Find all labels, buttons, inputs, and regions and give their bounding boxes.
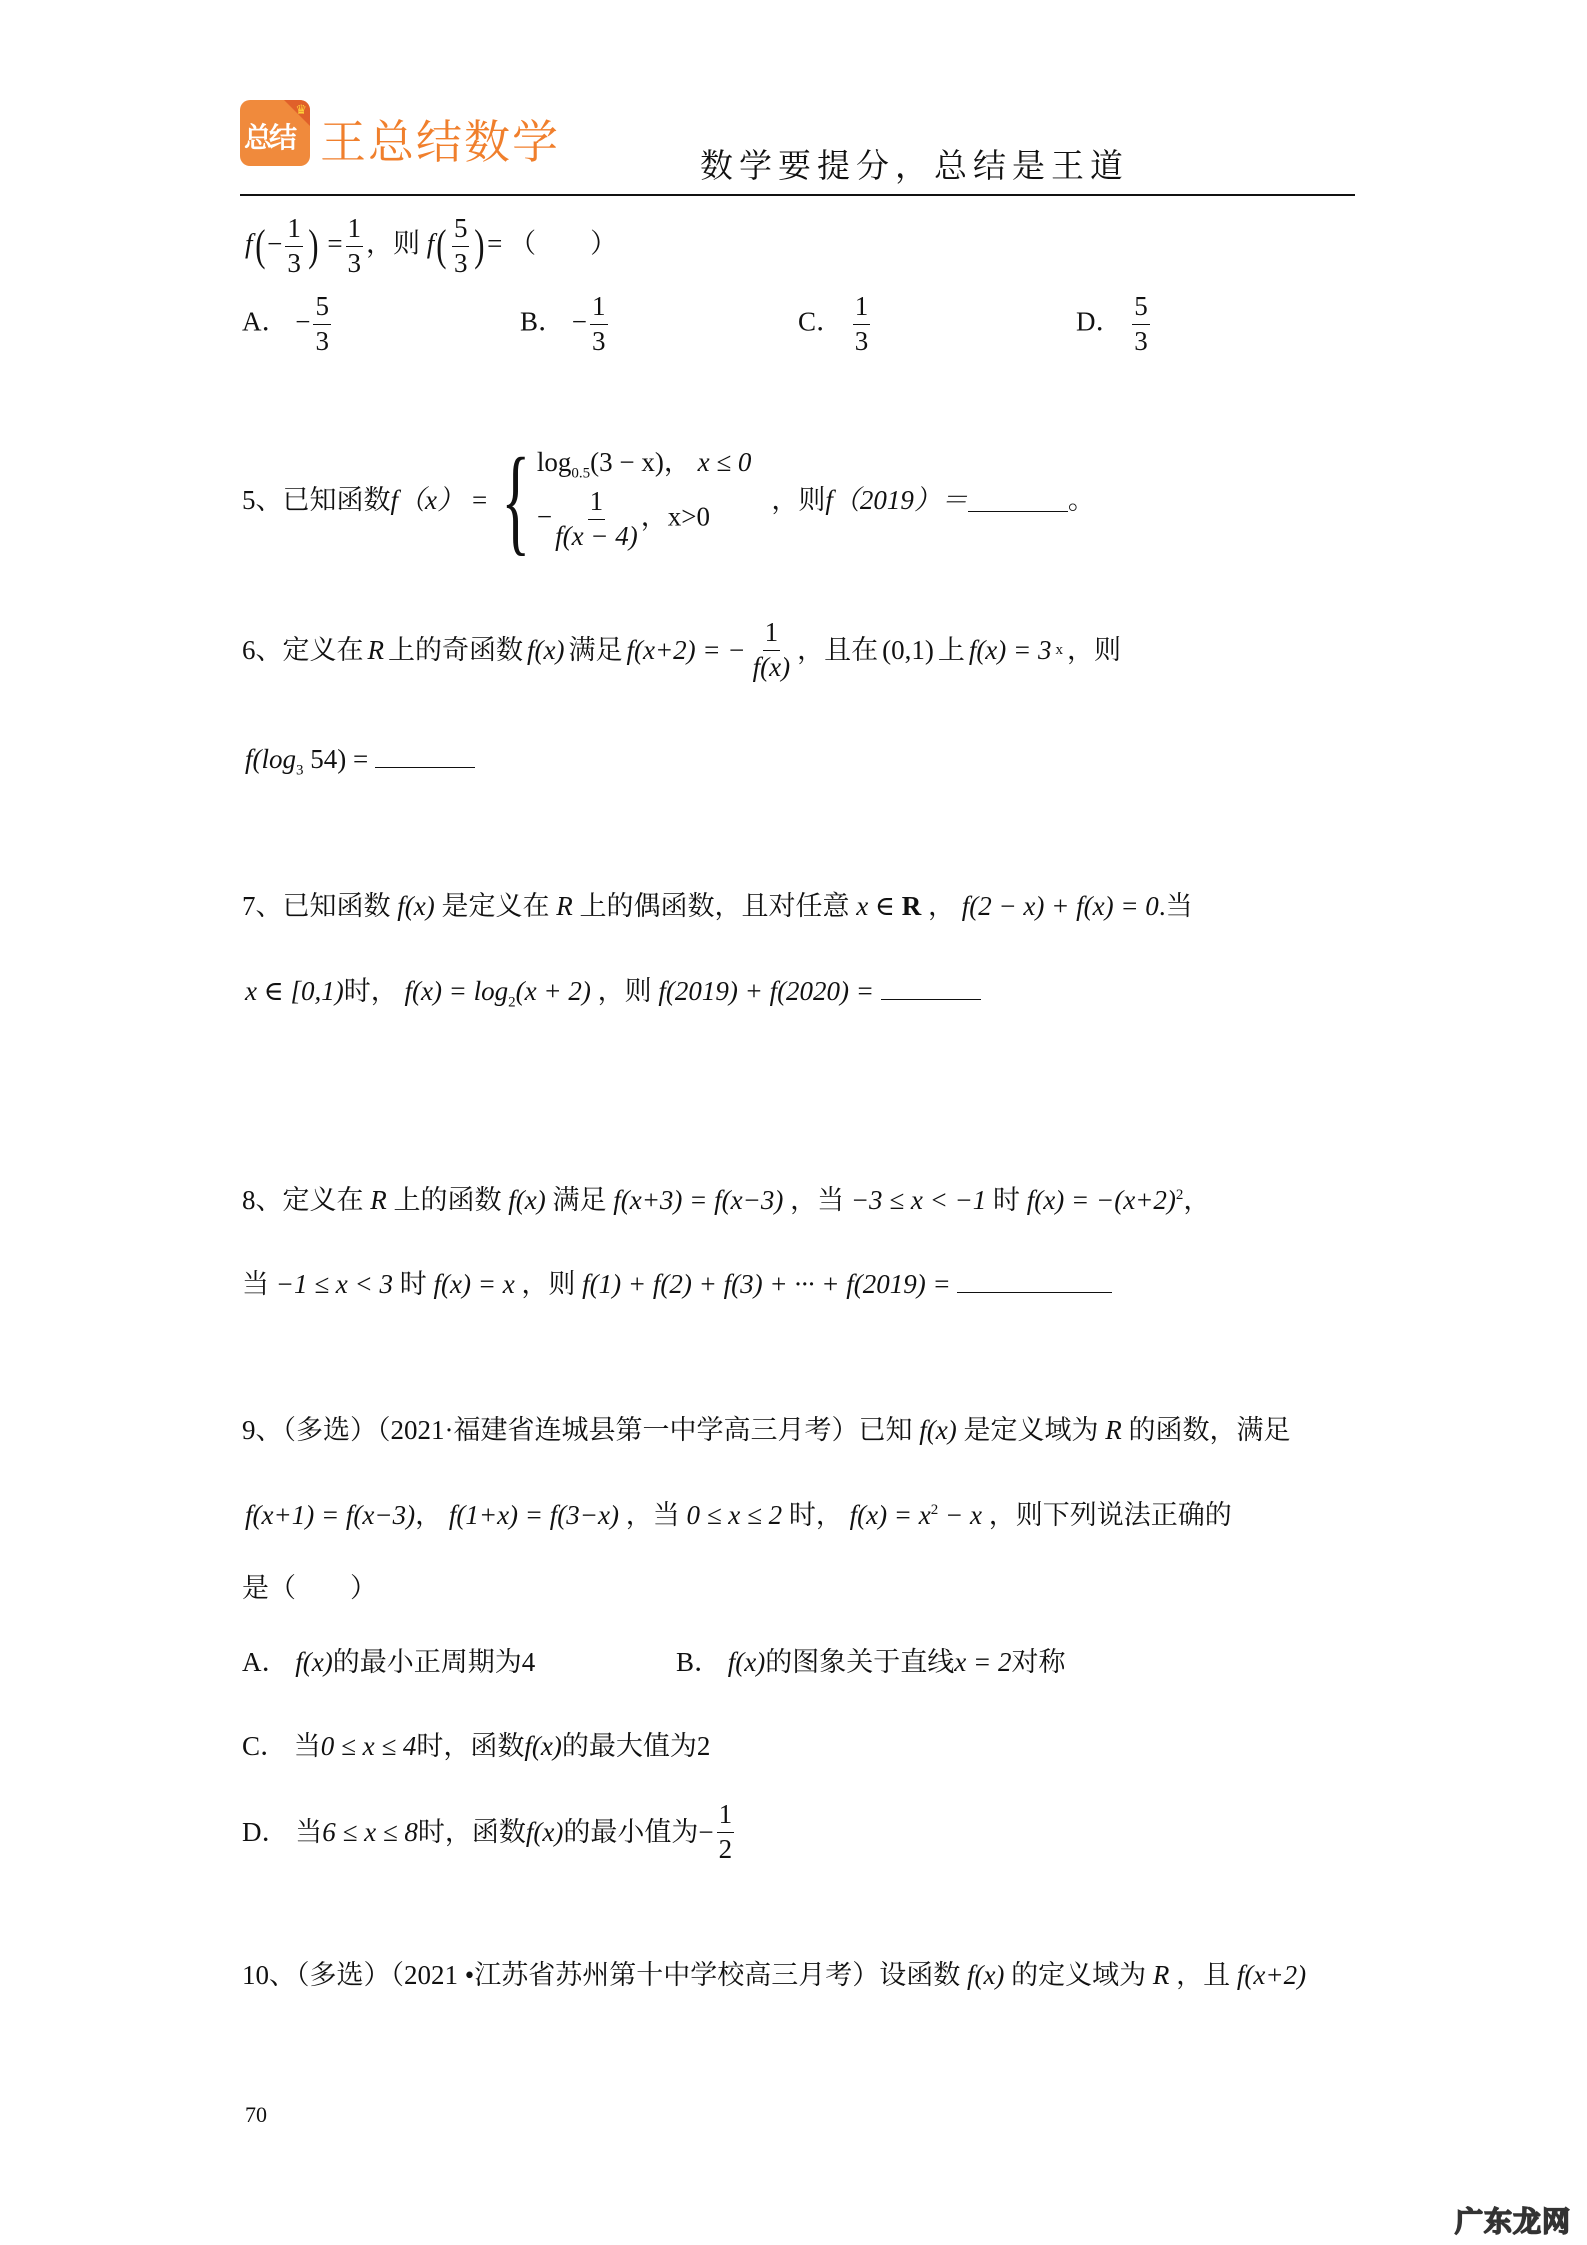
q4-option-b: B． −13 [520, 292, 611, 356]
question-9-line2: f(x+1) = f(x−3)， f(1+x) = f(3−x) ，当 0 ≤ … [245, 1502, 1232, 1529]
q9-option-d: D． 当6 ≤ x ≤ 8时，函数f(x)的最小值为−12 [242, 1800, 737, 1864]
math-f: f [245, 228, 253, 258]
watermark: 广东龙网 [1455, 2200, 1571, 2240]
answer-blank [968, 489, 1068, 512]
question-6: 6、定义在 R 上的奇函数 f(x) 满足 f(x+2) = − 1f(x) ，… [242, 618, 1121, 682]
answer-blank [881, 977, 981, 1000]
q9-option-a: A． f(x)的最小正周期为4 [242, 1649, 535, 1676]
question-8: 8、定义在 R 上的函数 f(x) 满足 f(x+3) = f(x−3) ，当 … [242, 1187, 1210, 1214]
question-8-line2: 当 −1 ≤ x < 3 时 f(x) = x ，则 f(1) + f(2) +… [242, 1270, 1112, 1298]
piecewise-brace: { [502, 440, 531, 560]
question-6-line2: f(log3 54) = [245, 745, 475, 778]
brand-logo-icon: ♛ 总结 [240, 100, 310, 166]
question-5: 5、已知函数 f（x） = { log0.5(3 − x)， x ≤ 0 −1f… [242, 440, 1095, 560]
fraction: 13 [346, 214, 364, 278]
case-2: −1f(x − 4)，x>0 [537, 487, 752, 551]
q4-option-c: C． 13 [798, 292, 873, 356]
fraction: 13 [285, 214, 303, 278]
question-10: 10、（多选）（2021 •江苏省苏州第十中学校高三月考）设函数 f(x) 的定… [242, 1962, 1306, 1989]
question-9-line3: 是（ ） [242, 1575, 377, 1602]
q4-option-d: D． 53 [1076, 292, 1153, 356]
question-7-line2: x ∈ [0,1)时， f(x) = log2(x + 2) ，则 f(2019… [245, 977, 981, 1010]
case-1: log0.5(3 − x)， x ≤ 0 [537, 449, 752, 481]
answer-paren: （ ） [509, 228, 617, 258]
answer-blank [375, 745, 475, 768]
header-slogan: 数学要提分，总结是王道 [700, 140, 1129, 187]
q9-option-c: C． 当0 ≤ x ≤ 4时，函数f(x)的最大值为2 [242, 1733, 710, 1760]
page-number: 70 [245, 2102, 267, 2128]
piecewise-cases: log0.5(3 − x)， x ≤ 0 −1f(x − 4)，x>0 [537, 449, 752, 552]
question-9: 9、（多选）（2021·福建省连城县第一中学高三月考）已知 f(x) 是定义域为… [242, 1417, 1290, 1444]
answer-blank [957, 1270, 1112, 1293]
header-divider [240, 194, 1355, 196]
brand-name: 王总结数学 [320, 106, 560, 172]
fraction: 53 [452, 214, 470, 278]
question-7: 7、已知函数 f(x) 是定义在 R 上的偶函数，且对任意 x ∈ R ， f(… [242, 893, 1193, 920]
logo-glyph: 总结 [244, 116, 294, 156]
q4-stem: f(−13) =13，则 f(53)= （ ） [245, 214, 617, 278]
crown-icon: ♛ [295, 102, 307, 118]
q4-option-a: A． −53 [242, 292, 334, 356]
q9-option-b: B． f(x)的图象关于直线x = 2对称 [676, 1649, 1065, 1676]
